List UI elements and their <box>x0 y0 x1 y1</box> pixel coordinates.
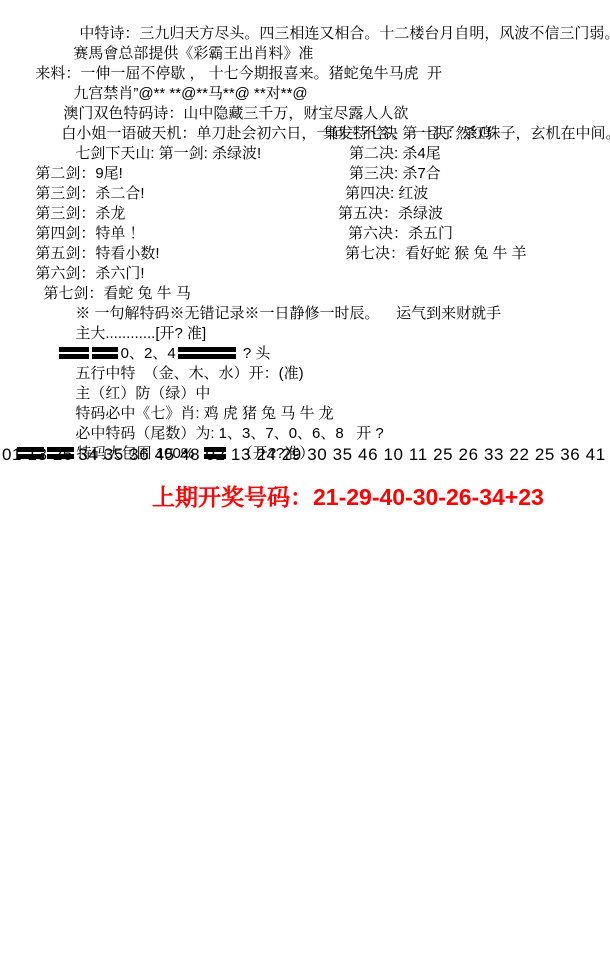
head-count-numbers: 0、2、4 <box>121 345 176 362</box>
text-line-content: 来料：一伸一屈不停歇 ， 十七今期报喜来。猪蛇兔牛马虎 开 <box>35 65 442 82</box>
prediction-line-content: 特码必中《七》肖: 鸡 虎 猪 兔 马 牛 龙 <box>75 405 333 422</box>
sword-right-text: 第三决: 杀7合 <box>349 164 441 184</box>
sword-row: 第四剑：特单 ！ 第五决：杀绿波 <box>0 204 610 224</box>
sword-right-text: 第四决: 红波 <box>345 184 428 204</box>
sword-right-text: 第七决：看好蛇 猴 兔 牛 羊 <box>345 244 527 264</box>
sword-section: 七剑下天山: 第一剑: 杀绿波! 集发特七决 第一决：杀鸡 第二剑：9尾! 第二… <box>0 124 610 284</box>
sword-row: 第七剑：看蛇 兔 牛 马 <box>0 264 610 284</box>
sword-row: 第三剑：杀二合! 第三决: 杀7合 <box>0 164 610 184</box>
sword-left-text: 第七剑：看蛇 兔 牛 马 <box>33 285 191 302</box>
previous-draw-result: 上期开奖号码：21-29-40-30-26-34+23 <box>0 482 610 512</box>
lottery-tip-sheet: 中特诗：三九归天方尽头。四三相连又相合。十二楼台月自明，风波不信三门弱。 赛馬會… <box>0 0 610 974</box>
head-count-suffix: ? 头 <box>239 345 271 362</box>
sword-right-text: 第六决：杀五门 <box>348 224 453 244</box>
text-line-content: 澳门双色特码诗：山中隐藏三千万，财宝尽露人人欲 <box>63 105 408 122</box>
sword-row: 七剑下天山: 第一剑: 杀绿波! 集发特七决 第一决：杀鸡 <box>0 124 610 144</box>
text-line-content: 赛馬會总部提供《彩霸王出肖料》准 <box>73 45 313 62</box>
sword-right-text: 集发特七决 第一决：杀鸡 <box>323 124 492 144</box>
sword-right-text: 第五决：杀绿波 <box>338 204 443 224</box>
sword-right-text: 第二决: 杀4尾 <box>349 144 441 164</box>
text-line-content: 中特诗：三九归天方尽头。四三相连又相合。十二楼台月自明，风波不信三门弱。 <box>79 25 610 42</box>
sword-row: 第五剑：特看小数! 第六决：杀五门 <box>0 224 610 244</box>
black-bar-icon <box>92 347 118 359</box>
tip-line-content: 主大............[开? 准] <box>75 325 206 342</box>
prediction-line-content: 必中特码（尾数）为: 1、3、7、0、6、8 开 ? <box>75 425 383 442</box>
tip-line-content: ※ 一句解特码※无错记录※一日静修一时辰。 运气到来财就手 <box>75 305 501 322</box>
coverage-numbers-row: 01 13 26 34 35 36 45 48 02 13 24 29 30 3… <box>0 444 610 466</box>
sword-row: 第二剑：9尾! 第二决: 杀4尾 <box>0 144 610 164</box>
black-bar-icon <box>178 347 236 359</box>
prediction-line-content: 五行中特 （金、木、水）开：(准) <box>75 365 303 382</box>
text-line: 中特诗：三九归天方尽头。四三相连又相合。十二楼台月自明，风波不信三门弱。 <box>0 4 610 24</box>
sword-row: 第六剑：杀六门! 第七决：看好蛇 猴 兔 牛 羊 <box>0 244 610 264</box>
black-bar-icon <box>59 347 89 359</box>
top-lines-section: 中特诗：三九归天方尽头。四三相连又相合。十二楼台月自明，风波不信三门弱。 赛馬會… <box>0 4 610 124</box>
text-line-content: 九宫禁肖”@** **@**马**@ **对**@ <box>73 85 307 102</box>
sword-row: 第三剑：杀龙 第四决: 红波 <box>0 184 610 204</box>
prediction-line-content: 主（红）防（绿）中 <box>75 385 210 402</box>
